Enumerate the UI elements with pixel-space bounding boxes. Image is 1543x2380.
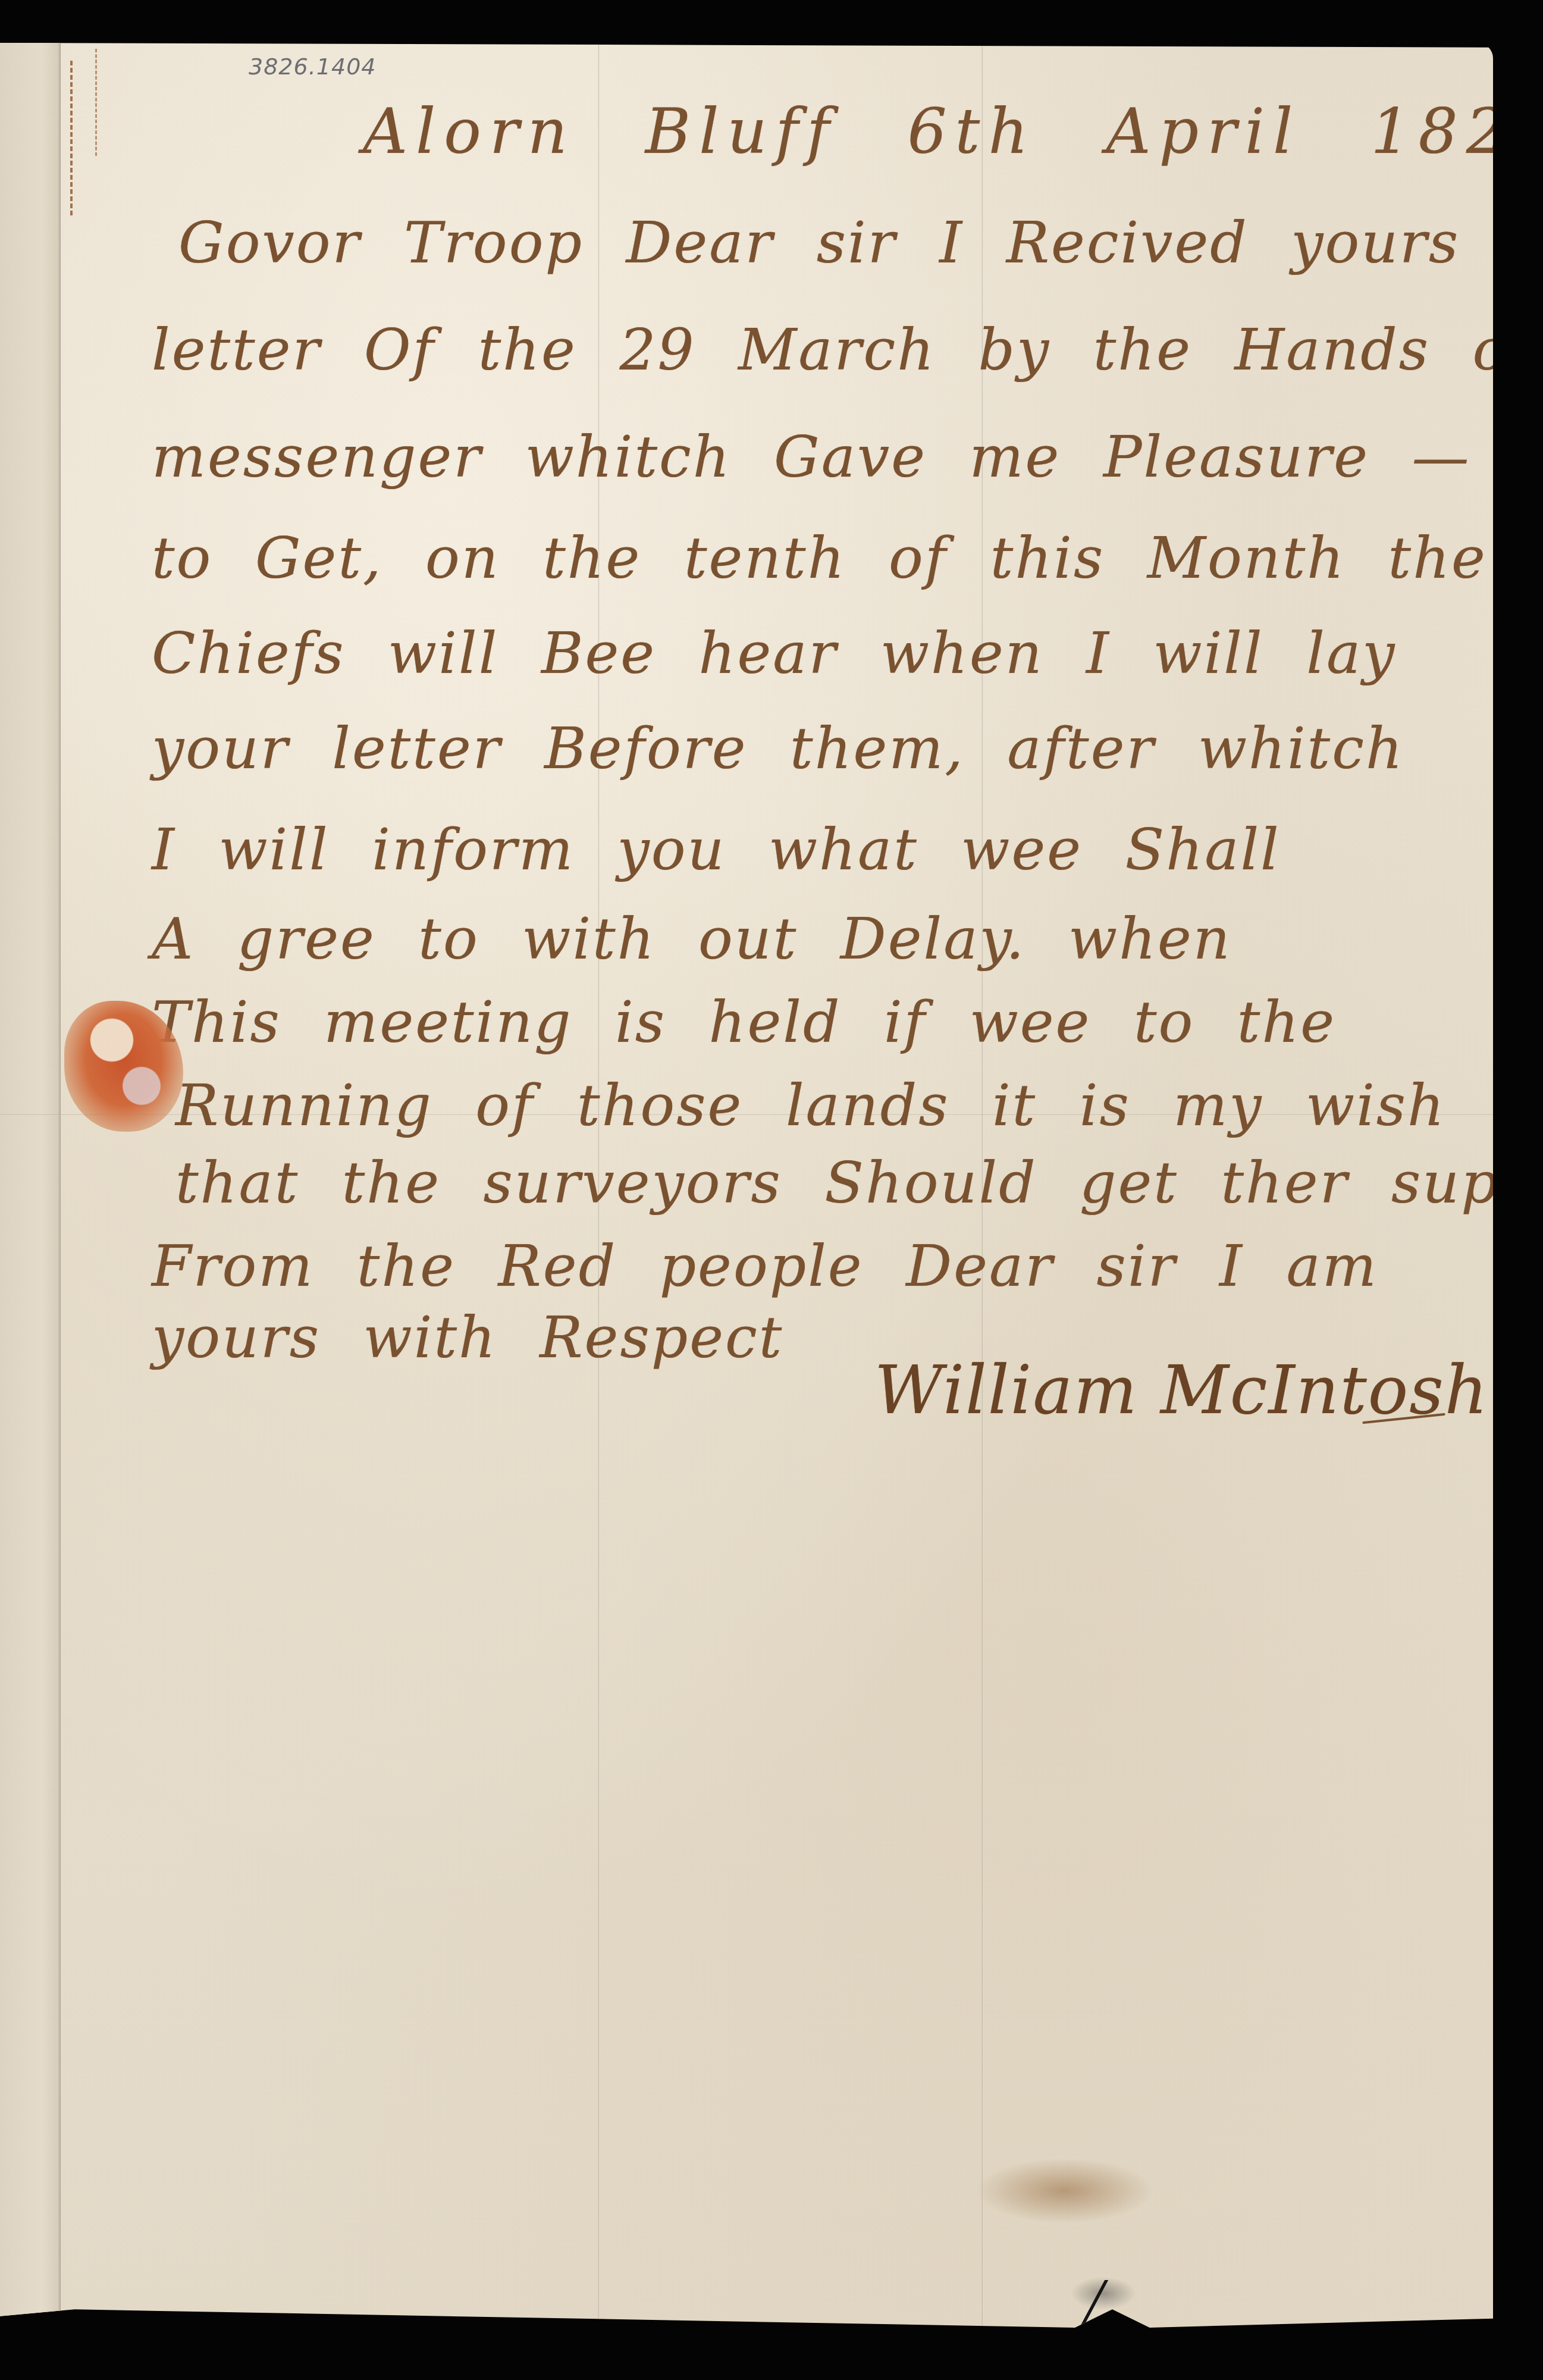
letter-line: letter Of the 29 March by the Hands of y…: [152, 317, 1543, 383]
letter-line: that the surveyors Should get ther suppo…: [175, 1150, 1543, 1216]
letter-line: yours with Respect: [152, 1304, 783, 1371]
letter-line: From the Red people Dear sir I am: [152, 1233, 1378, 1299]
letter-line: This meeting is held if wee to the: [152, 989, 1336, 1056]
folded-left-panel: [0, 43, 61, 2328]
letter-line: your letter Before them, after whitch: [152, 715, 1404, 782]
letter-heading: Alorn Bluff 6th April 1825: [363, 95, 1543, 168]
letter-line: to Get, on the tenth of this Month the: [152, 525, 1487, 591]
edge-ink-marks: [70, 61, 77, 215]
fold-crease: [58, 43, 60, 2328]
letter-line: I will inform you what wee Shall: [152, 816, 1281, 883]
letter-line: Govor Troop Dear sir I Recived yours: [178, 209, 1460, 276]
edge-ink-marks: [95, 49, 102, 156]
ink-stain: [976, 2158, 1154, 2224]
catalog-number: 3826.1404: [249, 54, 377, 80]
letter-sheet: 3826.1404 Alorn Bluff 6th April 1825 Gov…: [0, 43, 1493, 2328]
letter-line: Chiefs will Bee hear when I will lay: [152, 620, 1396, 687]
letter-line: messenger whitch Gave me Pleasure —: [152, 424, 1471, 490]
letter-line: A gree to with out Delay. when: [152, 906, 1232, 972]
letter-line: Running of those lands it is my wish: [175, 1072, 1446, 1139]
